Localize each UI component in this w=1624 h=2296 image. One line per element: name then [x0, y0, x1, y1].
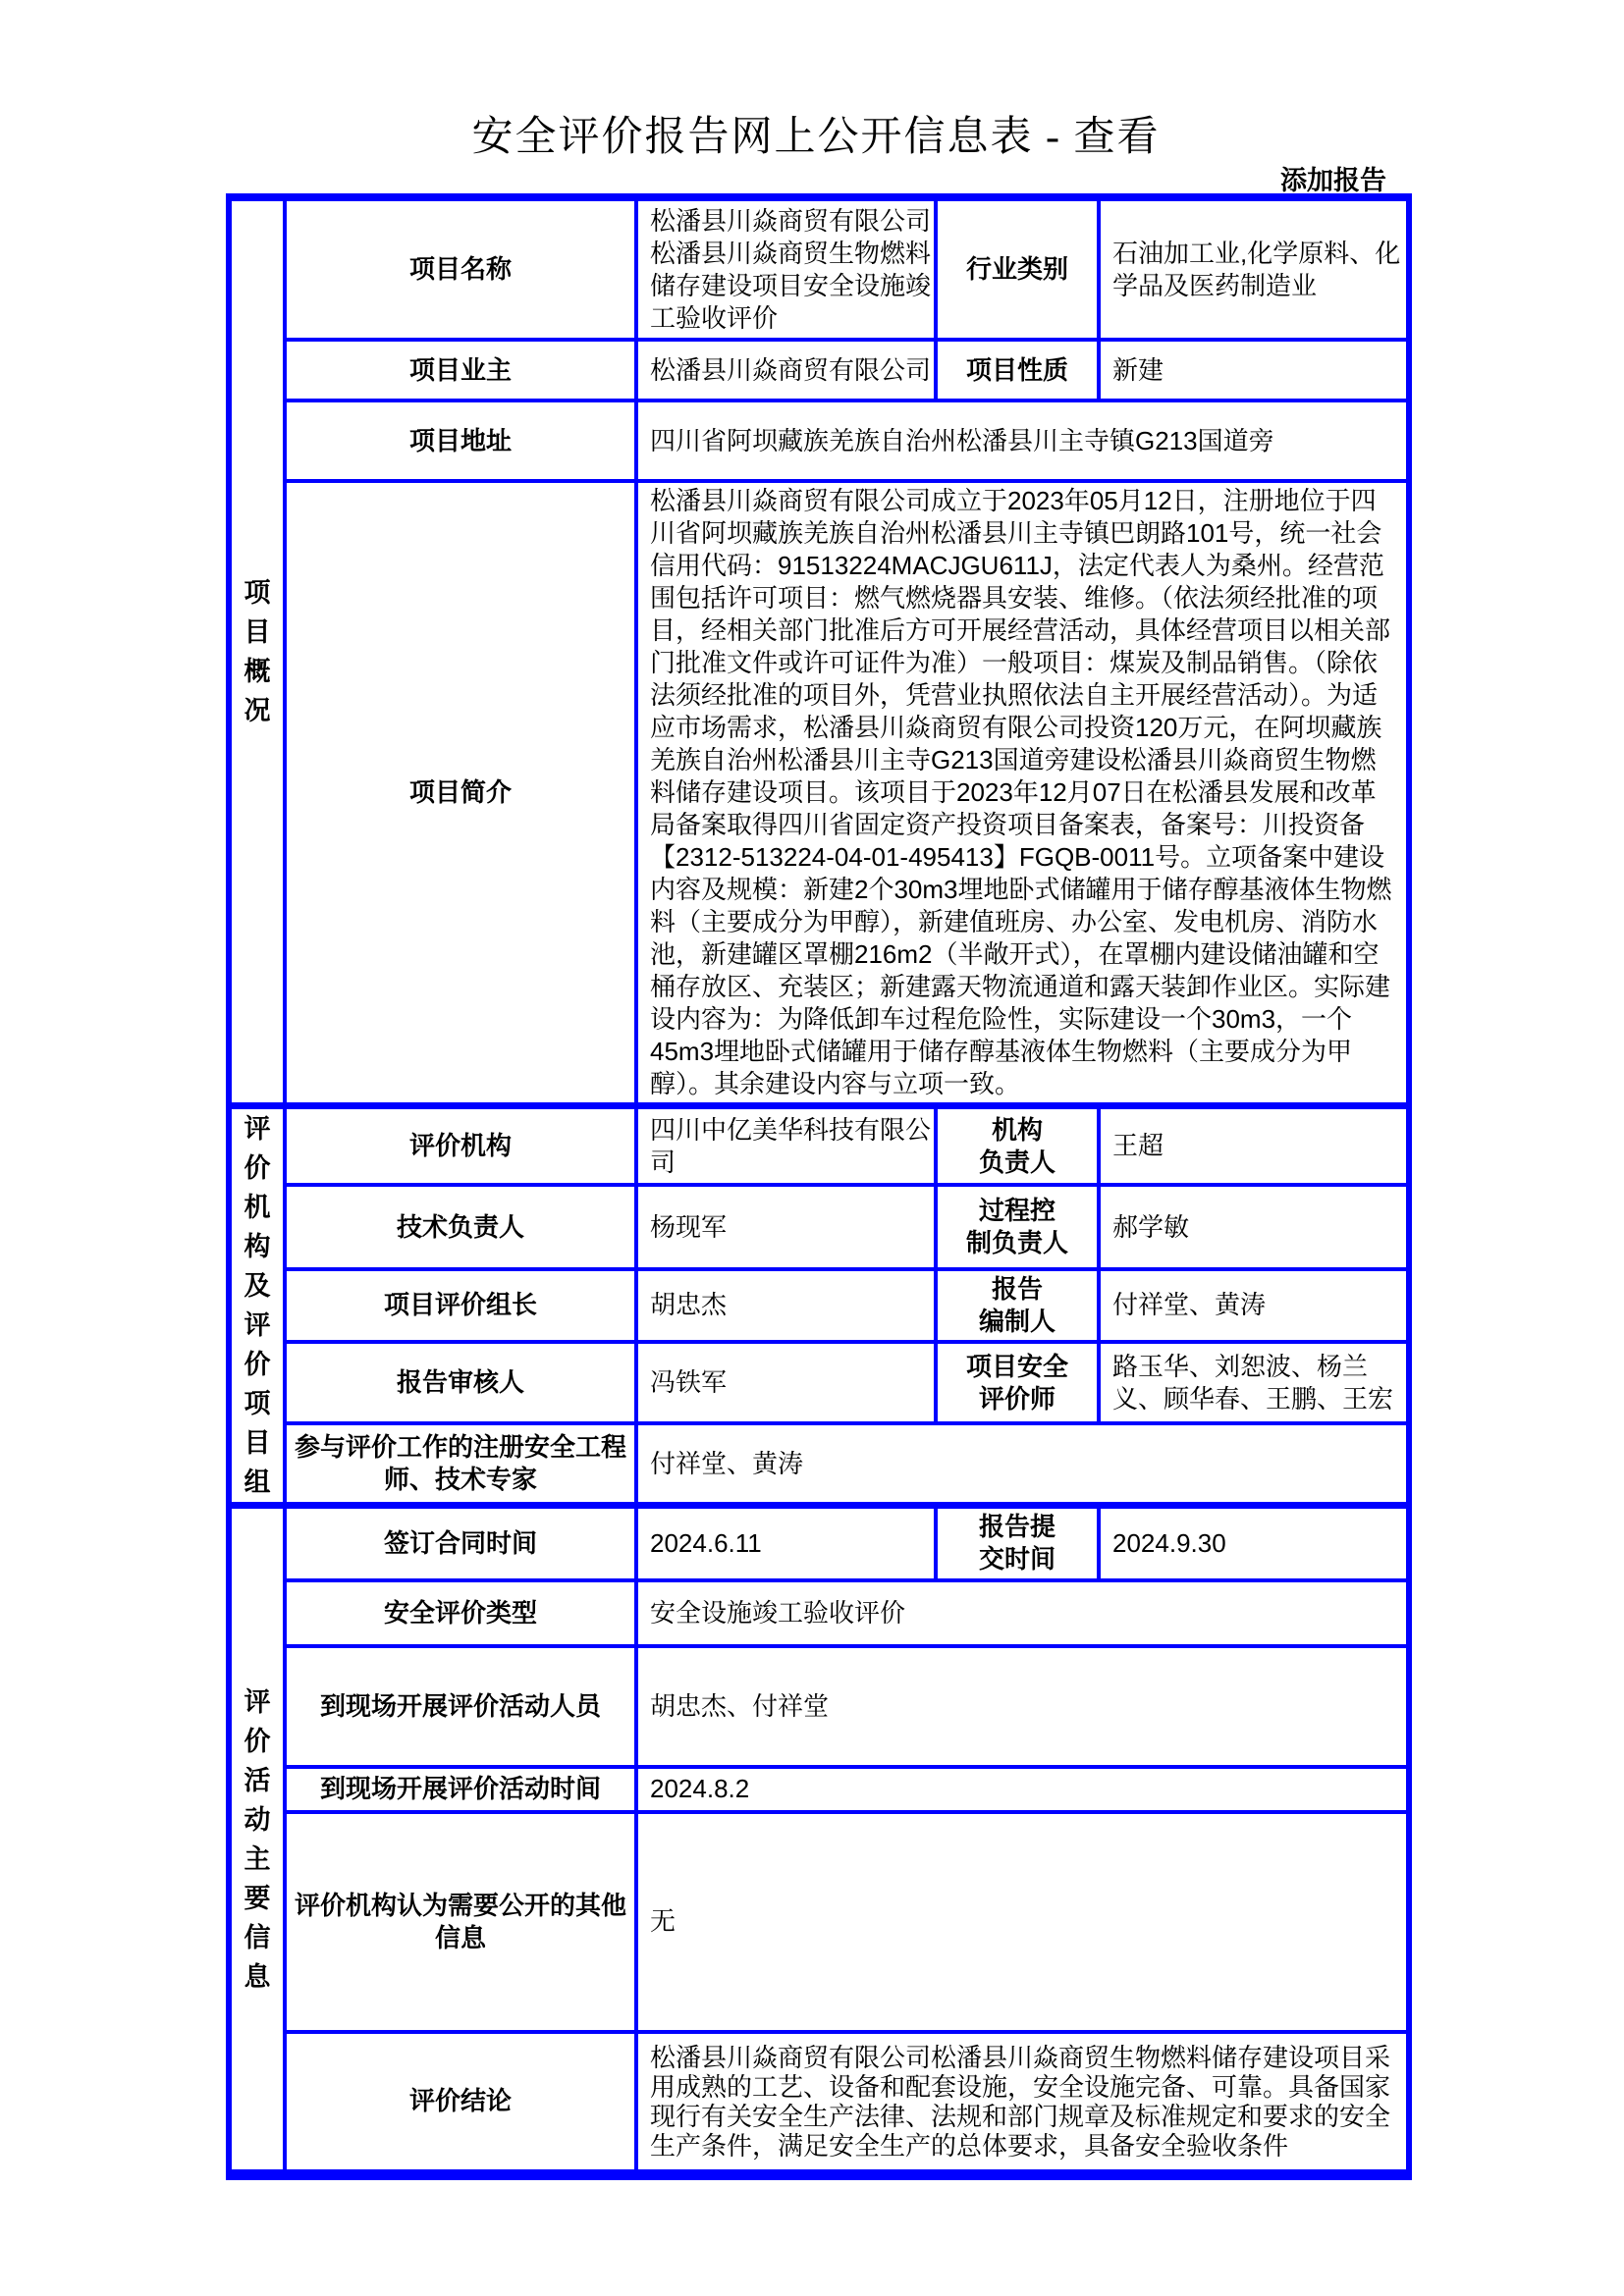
label-project-team-leader: 项目评价组长	[285, 1269, 636, 1343]
label-contract-date: 签订合同时间	[285, 1506, 636, 1580]
value-report-submit-date: 2024.9.30	[1099, 1506, 1409, 1580]
label-evaluation-type: 安全评价类型	[285, 1580, 636, 1646]
value-project-name: 松潘县川焱商贸有限公司松潘县川焱商贸生物燃料储存建设项目安全设施竣工验收评价	[636, 197, 936, 340]
label-onsite-date: 到现场开展评价活动时间	[285, 1767, 636, 1812]
page: 安全评价报告网上公开信息表 - 查看 添加报告 项目概况 项目名称 松潘县川焱商…	[0, 0, 1624, 2296]
table-row: 到现场开展评价活动人员 胡忠杰、付祥堂	[229, 1646, 1409, 1767]
label-report-compilers: 报告 编制人	[936, 1269, 1099, 1343]
table-row: 报告审核人 冯铁军 项目安全 评价师 路玉华、刘恕波、杨兰义、顾华春、王鹏、王宏	[229, 1342, 1409, 1423]
value-registered-engineers: 付祥堂、黄涛	[636, 1423, 1409, 1505]
table-row: 项目评价组长 胡忠杰 报告 编制人 付祥堂、黄涛	[229, 1269, 1409, 1343]
spine-agency-team: 评价机构及评价项目组	[229, 1106, 285, 1506]
table-row: 到现场开展评价活动时间 2024.8.2	[229, 1767, 1409, 1812]
value-report-compilers: 付祥堂、黄涛	[1099, 1269, 1409, 1343]
label-project-name: 项目名称	[285, 197, 636, 340]
page-title: 安全评价报告网上公开信息表 - 查看	[226, 104, 1406, 163]
table-row: 评价机构及评价项目组 评价机构 四川中亿美华科技有限公司 机构 负责人 王超	[229, 1106, 1409, 1186]
label-project-nature: 项目性质	[936, 340, 1099, 400]
add-report-button[interactable]: 添加报告	[1129, 159, 1386, 197]
label-evaluation-conclusion: 评价结论	[285, 2032, 636, 2175]
value-project-summary: 松潘县川焱商贸有限公司成立于2023年05月12日，注册地位于四川省阿坝藏族羌族…	[636, 481, 1409, 1106]
table-row: 评价机构认为需要公开的其他信息 无	[229, 1812, 1409, 2032]
table-row: 项目业主 松潘县川焱商贸有限公司 项目性质 新建	[229, 340, 1409, 400]
value-technical-director: 杨现军	[636, 1185, 936, 1268]
value-onsite-personnel: 胡忠杰、付祥堂	[636, 1646, 1409, 1767]
table-row: 评价结论 松潘县川焱商贸有限公司松潘县川焱商贸生物燃料储存建设项目采用成熟的工艺…	[229, 2032, 1409, 2175]
value-project-address: 四川省阿坝藏族羌族自治州松潘县川主寺镇G213国道旁	[636, 400, 1409, 481]
label-project-owner: 项目业主	[285, 340, 636, 400]
label-report-reviewer: 报告审核人	[285, 1342, 636, 1423]
spine-activity-info: 评价活动主要信息	[229, 1506, 285, 2175]
table-row: 项目概况 项目名称 松潘县川焱商贸有限公司松潘县川焱商贸生物燃料储存建设项目安全…	[229, 197, 1409, 340]
value-safety-evaluators: 路玉华、刘恕波、杨兰义、顾华春、王鹏、王宏	[1099, 1342, 1409, 1423]
label-technical-director: 技术负责人	[285, 1185, 636, 1268]
table-row: 项目地址 四川省阿坝藏族羌族自治州松潘县川主寺镇G213国道旁	[229, 400, 1409, 481]
value-report-reviewer: 冯铁军	[636, 1342, 936, 1423]
label-evaluation-agency: 评价机构	[285, 1106, 636, 1186]
value-process-control-head: 郝学敏	[1099, 1185, 1409, 1268]
label-project-summary: 项目简介	[285, 481, 636, 1106]
value-other-public-info: 无	[636, 1812, 1409, 2032]
label-agency-head: 机构 负责人	[936, 1106, 1099, 1186]
value-project-team-leader: 胡忠杰	[636, 1269, 936, 1343]
table-row: 项目简介 松潘县川焱商贸有限公司成立于2023年05月12日，注册地位于四川省阿…	[229, 481, 1409, 1106]
report-info-table: 项目概况 项目名称 松潘县川焱商贸有限公司松潘县川焱商贸生物燃料储存建设项目安全…	[226, 193, 1412, 2180]
label-registered-engineers: 参与评价工作的注册安全工程师、技术专家	[285, 1423, 636, 1505]
value-industry-category: 石油加工业,化学原料、化学品及医药制造业	[1099, 197, 1409, 340]
value-evaluation-conclusion: 松潘县川焱商贸有限公司松潘县川焱商贸生物燃料储存建设项目采用成熟的工艺、设备和配…	[636, 2032, 1409, 2175]
value-agency-head: 王超	[1099, 1106, 1409, 1186]
label-safety-evaluators: 项目安全 评价师	[936, 1342, 1099, 1423]
label-other-public-info: 评价机构认为需要公开的其他信息	[285, 1812, 636, 2032]
label-onsite-personnel: 到现场开展评价活动人员	[285, 1646, 636, 1767]
table-row: 技术负责人 杨现军 过程控 制负责人 郝学敏	[229, 1185, 1409, 1268]
value-contract-date: 2024.6.11	[636, 1506, 936, 1580]
spine-project-overview: 项目概况	[229, 197, 285, 1106]
value-evaluation-type: 安全设施竣工验收评价	[636, 1580, 1409, 1646]
table-row: 参与评价工作的注册安全工程师、技术专家 付祥堂、黄涛	[229, 1423, 1409, 1505]
table-row: 安全评价类型 安全设施竣工验收评价	[229, 1580, 1409, 1646]
value-evaluation-agency: 四川中亿美华科技有限公司	[636, 1106, 936, 1186]
label-report-submit-date: 报告提 交时间	[936, 1506, 1099, 1580]
label-project-address: 项目地址	[285, 400, 636, 481]
label-process-control-head: 过程控 制负责人	[936, 1185, 1099, 1268]
label-industry-category: 行业类别	[936, 197, 1099, 340]
value-project-owner: 松潘县川焱商贸有限公司	[636, 340, 936, 400]
value-project-nature: 新建	[1099, 340, 1409, 400]
value-onsite-date: 2024.8.2	[636, 1767, 1409, 1812]
table-row: 评价活动主要信息 签订合同时间 2024.6.11 报告提 交时间 2024.9…	[229, 1506, 1409, 1580]
